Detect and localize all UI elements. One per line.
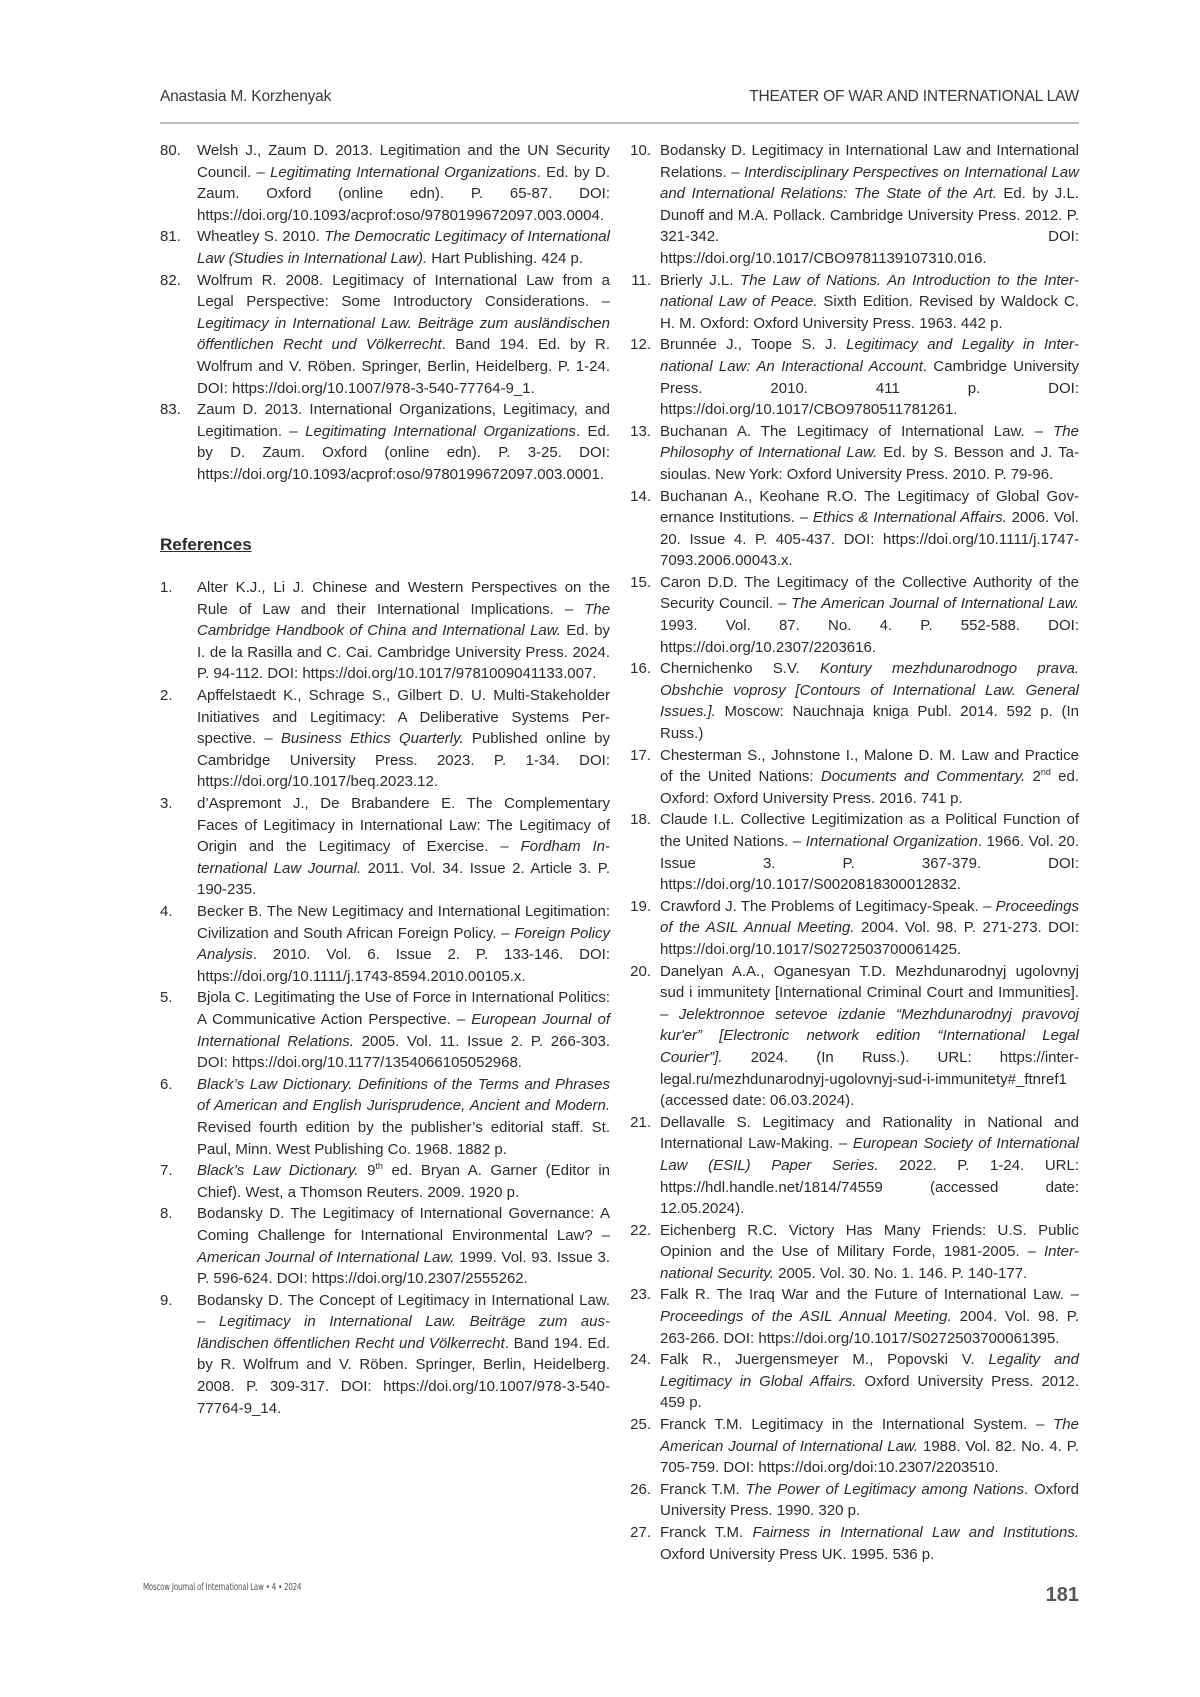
reference-item: 11.Brierly J.L. The Law of Nations. An I… bbox=[629, 270, 1079, 335]
reference-item: 21.Dellavalle S. Legitimacy and Rational… bbox=[629, 1112, 1079, 1220]
reference-item: 9.Bodansky D. The Concept of Legitimacy … bbox=[160, 1290, 610, 1420]
reference-text-segment: 1993. Vol. 87. No. 4. P. 552-588. DOI: h… bbox=[660, 617, 1079, 656]
reference-item: 20.Danelyan A.A., Oganesyan T.D. Mezhdun… bbox=[629, 961, 1079, 1112]
footer-journal-name: Moscow Journal of International Law • 4 … bbox=[143, 1582, 301, 1593]
reference-text-segment: Eichenberg R.C. Victory Has Many Friends… bbox=[660, 1222, 1079, 1261]
reference-number: 2. bbox=[160, 685, 194, 707]
reference-item: 24.Falk R., Juergensmeyer M., Popovski V… bbox=[629, 1349, 1079, 1414]
reference-number: 4. bbox=[160, 901, 194, 923]
reference-text: Franck T.M. Legitimacy in the Internatio… bbox=[660, 1416, 1079, 1476]
reference-number: 10. bbox=[621, 140, 651, 162]
reference-text-segment: Wheatley S. 2010. bbox=[197, 228, 324, 245]
reference-title-italic: International Organization bbox=[806, 833, 978, 850]
reference-number: 9. bbox=[160, 1290, 194, 1312]
reference-item: 7.Black’s Law Dictionary. 9th ed. Bryan … bbox=[160, 1160, 610, 1203]
header-author: Anastasia M. Korzhenyak bbox=[160, 88, 331, 106]
reference-text: Brunnée J., Toope S. J. Legitimacy and L… bbox=[660, 336, 1079, 418]
reference-text: Franck T.M. The Power of Legitimacy amon… bbox=[660, 1481, 1079, 1520]
reference-text: Black’s Law Dictionary. Definitions of t… bbox=[197, 1076, 610, 1158]
reference-text-segment: Franck T.M. bbox=[660, 1481, 746, 1498]
reference-number: 22. bbox=[621, 1220, 651, 1242]
reference-item: 23.Falk R. The Iraq War and the Future o… bbox=[629, 1284, 1079, 1349]
reference-number: 21. bbox=[621, 1112, 651, 1134]
reference-number: 81. bbox=[160, 226, 194, 248]
ordinal-suffix: th bbox=[375, 1161, 383, 1171]
reference-text: d’Aspremont J., De Brabandere E. The Com… bbox=[197, 795, 610, 898]
reference-item: 6.Black’s Law Dictionary. Definitions of… bbox=[160, 1074, 610, 1160]
reference-number: 6. bbox=[160, 1074, 194, 1096]
reference-text-segment: 9 bbox=[359, 1162, 376, 1179]
reference-text: Becker B. The New Legitimacy and Interna… bbox=[197, 903, 610, 985]
references-list-left: 1.Alter K.J., Li J. Chinese and Western … bbox=[160, 577, 610, 1419]
reference-text-segment: Alter K.J., Li J. Chinese and Western Pe… bbox=[197, 579, 610, 618]
reference-number: 83. bbox=[160, 399, 194, 421]
reference-text-segment: Buchanan A. The Legitimacy of Internatio… bbox=[660, 423, 1053, 440]
reference-text-segment: Bodansky D. The Legitimacy of Internatio… bbox=[197, 1205, 610, 1244]
reference-item: 4.Becker B. The New Legitimacy and Inter… bbox=[160, 901, 610, 987]
reference-text-segment: Franck T.M. Legitimacy in the Internatio… bbox=[660, 1416, 1053, 1433]
reference-number: 82. bbox=[160, 270, 194, 292]
reference-title-italic: Proceedings of the ASIL Annual Meeting. bbox=[660, 1308, 952, 1325]
reference-text: Apffelstaedt K., Schrage S., Gilbert D. … bbox=[197, 687, 610, 790]
reference-text-segment: Crawford J. The Problems of Legitimacy-S… bbox=[660, 898, 996, 915]
reference-number: 14. bbox=[621, 486, 651, 508]
reference-item: 25.Franck T.M. Legitimacy in the Interna… bbox=[629, 1414, 1079, 1479]
reference-title-italic: The American Journal of Interna­tional L… bbox=[791, 595, 1079, 612]
reference-text-segment: 2005. Vol. 30. No. 1. 146. P. 140-177. bbox=[774, 1265, 1027, 1282]
reference-number: 19. bbox=[621, 896, 651, 918]
reference-text: Bjola C. Legitimating the Use of Force i… bbox=[197, 989, 610, 1071]
reference-text: Zaum D. 2013. International Organization… bbox=[197, 401, 610, 483]
reference-title-italic: Ethics & International Affairs. bbox=[813, 509, 1007, 526]
reference-title-italic: Fairness in International Law and Instit… bbox=[752, 1524, 1079, 1541]
header-running-title: THEATER OF WAR AND INTERNATIONAL LAW bbox=[749, 88, 1079, 106]
reference-item: 10.Bodansky D. Legitimacy in Internation… bbox=[629, 140, 1079, 270]
reference-item: 27.Franck T.M. Fairness in International… bbox=[629, 1522, 1079, 1565]
reference-text: Wheatley S. 2010. The Democratic Legitim… bbox=[197, 228, 610, 267]
left-column: 80.Welsh J., Zaum D. 2013. Legitimation … bbox=[160, 140, 610, 1419]
reference-text-segment: Oxford University Press UK. 1995. 536 p. bbox=[660, 1546, 934, 1563]
reference-text-segment: Chernichenko S.V. bbox=[660, 660, 820, 677]
reference-text-segment: Falk R. The Iraq War and the Future of I… bbox=[660, 1286, 1079, 1303]
running-header: Anastasia M. Korzhenyak THEATER OF WAR A… bbox=[160, 88, 1079, 112]
reference-item: 83.Zaum D. 2013. International Organizat… bbox=[160, 399, 610, 485]
reference-item: 16.Chernichenko S.V. Kontury mezhdunarod… bbox=[629, 658, 1079, 744]
reference-item: 80.Welsh J., Zaum D. 2013. Legitimation … bbox=[160, 140, 610, 226]
reference-number: 17. bbox=[621, 745, 651, 767]
reference-text-segment: Brunnée J., Toope S. J. bbox=[660, 336, 846, 353]
reference-item: 19.Crawford J. The Problems of Legitimac… bbox=[629, 896, 1079, 961]
references-list-right: 10.Bodansky D. Legitimacy in Internation… bbox=[629, 140, 1079, 1565]
reference-number: 24. bbox=[621, 1349, 651, 1371]
reference-text-segment: 2 bbox=[1025, 768, 1041, 785]
reference-text: Bodansky D. The Legitimacy of Internatio… bbox=[197, 1205, 610, 1287]
reference-number: 5. bbox=[160, 987, 194, 1009]
reference-title-italic: Black’s Law Dictionary. bbox=[197, 1162, 359, 1179]
reference-item: 3.d’Aspremont J., De Brabandere E. The C… bbox=[160, 793, 610, 901]
reference-text-segment: Hart Publishing. 424 p. bbox=[427, 250, 583, 267]
reference-item: 5.Bjola C. Legitimating the Use of Force… bbox=[160, 987, 610, 1073]
reference-text: Eichenberg R.C. Victory Has Many Friends… bbox=[660, 1222, 1079, 1282]
reference-text-segment: . 2010. Vol. 6. Issue 2. P. 133-146. DOI… bbox=[197, 946, 610, 985]
reference-text-segment: Revised fourth edition by the publisher’… bbox=[197, 1119, 610, 1158]
reference-text: Bodansky D. Legitimacy in International … bbox=[660, 142, 1079, 267]
reference-number: 13. bbox=[621, 421, 651, 443]
reference-item: 15.Caron D.D. The Legitimacy of the Coll… bbox=[629, 572, 1079, 658]
reference-item: 1.Alter K.J., Li J. Chinese and Western … bbox=[160, 577, 610, 685]
reference-item: 8.Bodansky D. The Legitimacy of Internat… bbox=[160, 1203, 610, 1289]
reference-number: 20. bbox=[621, 961, 651, 983]
reference-item: 26.Franck T.M. The Power of Legitimacy a… bbox=[629, 1479, 1079, 1522]
reference-text: Bodansky D. The Concept of Legitimacy in… bbox=[197, 1292, 610, 1417]
reference-text: Crawford J. The Problems of Legitimacy-S… bbox=[660, 898, 1079, 958]
reference-number: 18. bbox=[621, 809, 651, 831]
reference-number: 27. bbox=[621, 1522, 651, 1544]
reference-text: Franck T.M. Fairness in International La… bbox=[660, 1524, 1079, 1563]
reference-number: 1. bbox=[160, 577, 194, 599]
reference-text: Falk R., Juergensmeyer M., Popovski V. L… bbox=[660, 1351, 1079, 1411]
reference-text: Dellavalle S. Legitimacy and Rationality… bbox=[660, 1114, 1079, 1217]
reference-text: Brierly J.L. The Law of Nations. An Intr… bbox=[660, 272, 1079, 332]
reference-text-segment: Brierly J.L. bbox=[660, 272, 740, 289]
page-number: 181 bbox=[1046, 1584, 1079, 1607]
reference-item: 13.Buchanan A. The Legitimacy of Interna… bbox=[629, 421, 1079, 486]
reference-item: 81.Wheatley S. 2010. The Democratic Legi… bbox=[160, 226, 610, 269]
reference-item: 17.Chesterman S., Johnstone I., Malone D… bbox=[629, 745, 1079, 810]
reference-text-segment: Franck T.M. bbox=[660, 1524, 752, 1541]
reference-number: 15. bbox=[621, 572, 651, 594]
reference-text: Chernichenko S.V. Kontury mezhdunarodnog… bbox=[660, 660, 1079, 742]
footnotes-list: 80.Welsh J., Zaum D. 2013. Legitimation … bbox=[160, 140, 610, 486]
reference-text: Falk R. The Iraq War and the Future of I… bbox=[660, 1286, 1079, 1346]
reference-number: 11. bbox=[621, 270, 651, 292]
reference-text-segment: Falk R., Juergensmeyer M., Popovski V. bbox=[660, 1351, 988, 1368]
reference-title-italic: The Power of Legitimacy among Nations bbox=[746, 1481, 1024, 1498]
reference-text: Buchanan A., Keohane R.O. The Legitimacy… bbox=[660, 488, 1079, 570]
reference-number: 7. bbox=[160, 1160, 194, 1182]
reference-number: 16. bbox=[621, 658, 651, 680]
reference-text-segment: Moscow: Nauchnaja kniga Publ. 2014. 592 … bbox=[660, 703, 1079, 742]
header-divider bbox=[160, 122, 1079, 124]
reference-title-italic: Legitimating International Organizations bbox=[270, 164, 537, 181]
reference-item: 18.Claude I.L. Collective Legitimization… bbox=[629, 809, 1079, 895]
reference-text-segment: 2024. (In Russ.). URL: https://inter-leg… bbox=[660, 1049, 1079, 1109]
reference-item: 22.Eichenberg R.C. Victory Has Many Frie… bbox=[629, 1220, 1079, 1285]
reference-text: Wolfrum R. 2008. Legitimacy of Internati… bbox=[197, 272, 610, 397]
reference-item: 82.Wolfrum R. 2008. Legitimacy of Intern… bbox=[160, 270, 610, 400]
reference-text: Welsh J., Zaum D. 2013. Legitimation and… bbox=[197, 142, 610, 224]
reference-text: Danelyan A.A., Oganesyan T.D. Mezhdunaro… bbox=[660, 963, 1079, 1110]
reference-title-italic: Black’s Law Dictionary. Definitions of t… bbox=[197, 1076, 610, 1115]
reference-number: 26. bbox=[621, 1479, 651, 1501]
right-column: 10.Bodansky D. Legitimacy in Internation… bbox=[629, 140, 1079, 1565]
reference-item: 14.Buchanan A., Keohane R.O. The Legitim… bbox=[629, 486, 1079, 572]
reference-text: Claude I.L. Collective Legitimization as… bbox=[660, 811, 1079, 893]
reference-title-italic: American Journal of International Law. bbox=[197, 1249, 454, 1266]
references-heading: References bbox=[160, 534, 610, 556]
reference-text: Alter K.J., Li J. Chinese and Western Pe… bbox=[197, 579, 610, 682]
reference-number: 25. bbox=[621, 1414, 651, 1436]
reference-text-segment: Wolfrum R. 2008. Legitimacy of Internati… bbox=[197, 272, 610, 311]
reference-number: 12. bbox=[621, 334, 651, 356]
reference-text: Chesterman S., Johnstone I., Malone D. M… bbox=[660, 747, 1079, 807]
reference-text: Caron D.D. The Legitimacy of the Collect… bbox=[660, 574, 1079, 656]
reference-title-italic: Documents and Commentary. bbox=[821, 768, 1025, 785]
reference-item: 12.Brunnée J., Toope S. J. Legitimacy an… bbox=[629, 334, 1079, 420]
reference-item: 2.Apffelstaedt K., Schrage S., Gilbert D… bbox=[160, 685, 610, 793]
reference-title-italic: Legitimating Interna­tional Organization… bbox=[305, 423, 576, 440]
reference-number: 23. bbox=[621, 1284, 651, 1306]
ordinal-suffix: nd bbox=[1041, 767, 1051, 777]
reference-number: 8. bbox=[160, 1203, 194, 1225]
reference-text: Black’s Law Dictionary. 9th ed. Bryan A.… bbox=[197, 1162, 610, 1201]
reference-text: Buchanan A. The Legitimacy of Internatio… bbox=[660, 423, 1079, 483]
reference-number: 80. bbox=[160, 140, 194, 162]
reference-title-italic: Business Ethics Quarterly. bbox=[281, 730, 464, 747]
reference-number: 3. bbox=[160, 793, 194, 815]
